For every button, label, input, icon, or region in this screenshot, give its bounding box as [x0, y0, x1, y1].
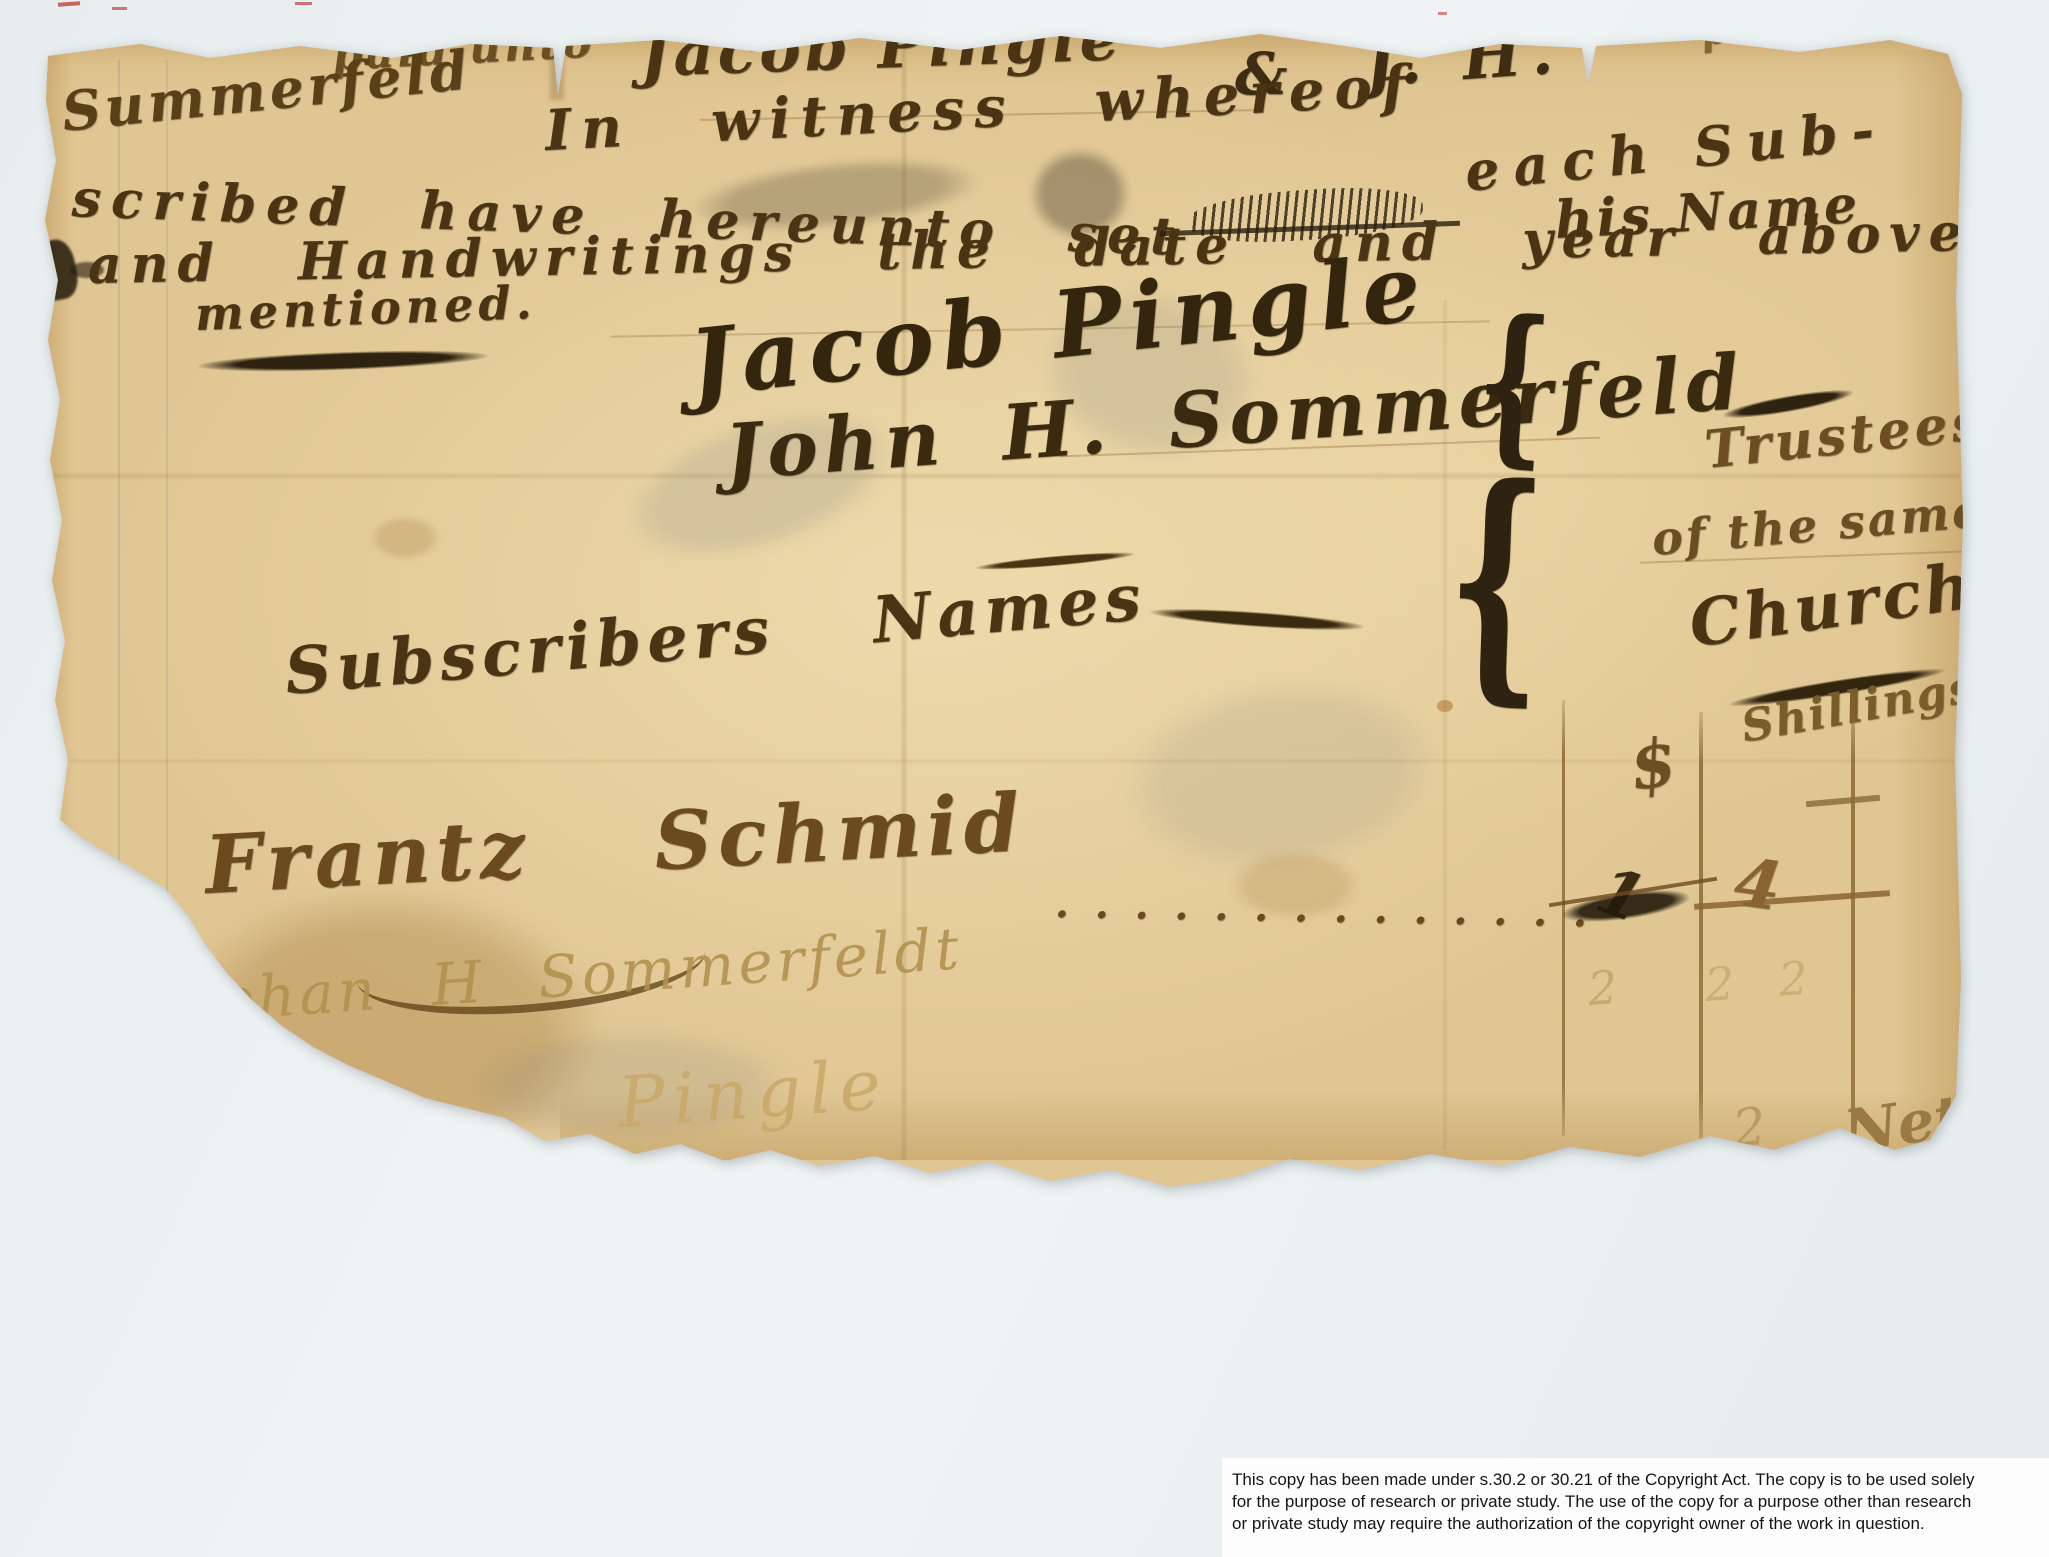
shillings-value-faint: 2 2 — [1703, 951, 1810, 1012]
ghost-smudge — [1108, 659, 1451, 892]
flourish-dash — [1150, 605, 1365, 635]
manuscript-paper: paid unto Jacob Pingle & J. H. presents … — [0, 0, 2049, 1557]
stain — [370, 516, 440, 560]
shillings-value-struck: 4 — [1730, 842, 1786, 926]
column-rule — [1699, 712, 1703, 1142]
torn-ink-mark — [100, 1079, 147, 1103]
copyright-line: for the purpose of research or private s… — [1232, 1491, 2043, 1513]
leader-dots: . . . . . . . . . . . . . . — [1055, 880, 1594, 936]
stain — [38, 52, 72, 842]
paper-shadow: paid unto Jacob Pingle & J. H. presents … — [0, 0, 2049, 1557]
strike-line — [1694, 890, 1890, 910]
copyright-line: or private study may require the authori… — [1232, 1513, 2043, 1535]
scanned-document-page: paid unto Jacob Pingle & J. H. presents … — [0, 0, 2049, 1557]
heavy-dash — [198, 347, 488, 375]
copyright-line: This copy has been made under s.30.2 or … — [1232, 1469, 2043, 1491]
column-header-dollars: $ — [1625, 722, 1681, 806]
subscribers-heading: Subscribers Names — [282, 560, 1150, 710]
ms-line5: mentioned. — [194, 275, 537, 341]
bottom-fragment-note: Net — [1840, 1082, 1965, 1166]
brace-icon: { — [1443, 430, 1550, 727]
header-underline — [1806, 795, 1880, 807]
copyright-notice: This copy has been made under s.30.2 or … — [1222, 1458, 2049, 1557]
bottom-fragment-value: 2 — [1730, 1097, 1769, 1160]
torn-ink-mark — [150, 1070, 188, 1108]
dollars-value-faint: 2 — [1586, 960, 1619, 1016]
